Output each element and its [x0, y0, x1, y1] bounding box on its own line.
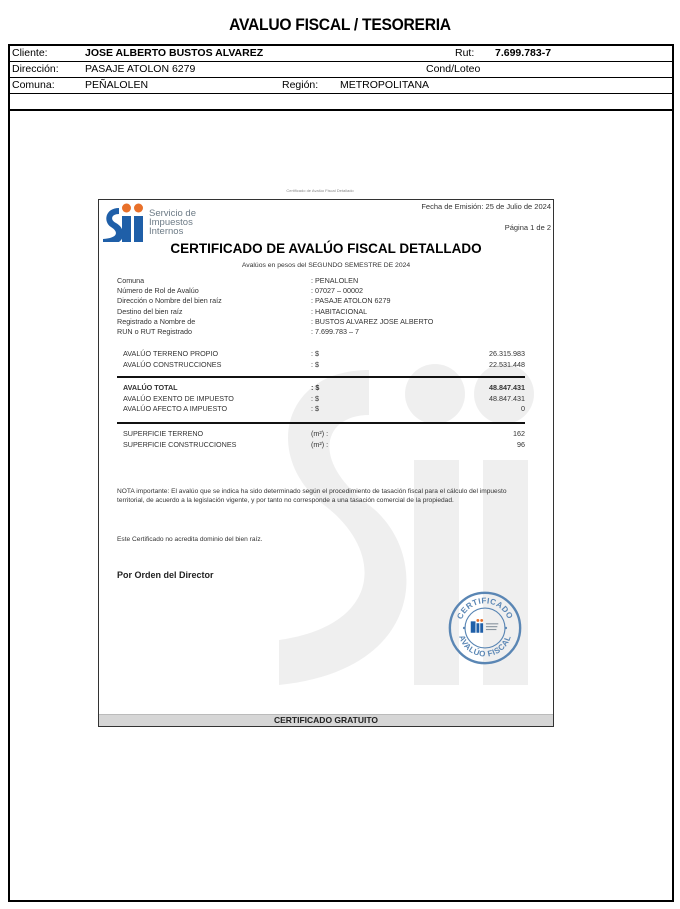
- amount-row: AVALÚO TERRENO PROPIO: $26.315.983: [123, 349, 525, 359]
- page-title: AVALUO FISCAL / TESORERIA: [27, 15, 653, 35]
- detail-label: Destino del bien raíz: [117, 307, 183, 317]
- divider: [117, 422, 525, 424]
- comuna-label: Comuna:: [12, 78, 55, 93]
- detail-label: Comuna: [117, 276, 144, 286]
- detail-value: : PENALOLEN: [311, 276, 358, 286]
- detail-value: : 07027 – 00002: [311, 286, 363, 296]
- direccion-label: Dirección:: [12, 62, 59, 77]
- total-row-val: 0: [521, 404, 525, 414]
- page-number: Página 1 de 2: [505, 223, 551, 232]
- info-row-cliente: Cliente: JOSE ALBERTO BUSTOS ALVAREZ Rut…: [10, 46, 672, 62]
- surface-row-val: 96: [517, 440, 525, 450]
- total-row-lbl: AVALÚO AFECTO A IMPUESTO: [123, 404, 227, 414]
- total-row-lbl: AVALÚO TOTAL: [123, 383, 178, 393]
- info-row-comuna: Comuna: PEÑALOLEN Región: METROPOLITANA: [10, 78, 672, 94]
- total-row-sym: : $: [311, 404, 319, 414]
- amount-row-sym: : $: [311, 349, 319, 359]
- total-row-val: 48.847.431: [489, 394, 525, 404]
- certificate-subtitle: Avalúos en pesos del SEGUNDO SEMESTRE DE…: [99, 262, 553, 269]
- detail-label: RUN o RUT Registrado: [117, 327, 192, 337]
- sii-logo-icon: [101, 202, 147, 242]
- certificado-seal-icon: CERTIFICADO AVALÚO FISCAL: [447, 590, 523, 666]
- amount-row-sym: : $: [311, 360, 319, 370]
- client-info-table: Cliente: JOSE ALBERTO BUSTOS ALVAREZ Rut…: [8, 44, 674, 111]
- total-row-sym: : $: [311, 394, 319, 404]
- rut-label: Rut:: [455, 46, 474, 61]
- detail-value: : PASAJE ATOLON 6279: [311, 296, 391, 306]
- svg-text:AVALÚO FISCAL: AVALÚO FISCAL: [457, 634, 513, 659]
- detail-label: Dirección o Nombre del bien raíz: [117, 296, 222, 306]
- cliente-label: Cliente:: [12, 46, 48, 61]
- total-row-lbl: AVALÚO EXENTO DE IMPUESTO: [123, 394, 234, 404]
- total-row-val: 48.847.431: [489, 383, 525, 393]
- region-label: Región:: [282, 78, 318, 93]
- amount-row-val: 22.531.448: [489, 360, 525, 370]
- total-row: AVALÚO AFECTO A IMPUESTO: $0: [123, 404, 525, 414]
- surface-row-lbl: SUPERFICIE TERRENO: [123, 429, 203, 439]
- total-row: AVALÚO TOTAL: $48.847.431: [123, 383, 525, 393]
- certificate-title: CERTIFICADO DE AVALÚO FISCAL DETALLADO: [99, 241, 553, 256]
- surface-row-sym: (m²) :: [311, 440, 328, 450]
- director-signature: Por Orden del Director: [117, 570, 214, 580]
- nota-importante: NOTA importante: El avalúo que se indica…: [117, 487, 532, 505]
- certificado-gratuito-banner: CERTIFICADO GRATUITO: [99, 714, 553, 726]
- rut-value: 7.699.783-7: [495, 46, 551, 61]
- amount-row-lbl: AVALÚO TERRENO PROPIO: [123, 349, 218, 359]
- sii-logo-text: Servicio de Impuestos Internos: [149, 209, 196, 236]
- certificate-tiny-header: Certificado de Avalúo Fiscal Detallado: [250, 188, 390, 193]
- surface-row: SUPERFICIE TERRENO(m²) :162: [123, 429, 525, 439]
- divider: [117, 376, 525, 378]
- detail-value: : HABITACIONAL: [311, 307, 367, 317]
- detail-value: : 7.699.783 – 7: [311, 327, 359, 337]
- total-row-sym: : $: [311, 383, 319, 393]
- amount-row: AVALÚO CONSTRUCCIONES: $22.531.448: [123, 360, 525, 370]
- certificate-image: Servicio de Impuestos Internos Fecha de …: [98, 199, 554, 727]
- logo-line-3: Internos: [149, 227, 196, 236]
- detail-value: : BUSTOS ALVAREZ JOSE ALBERTO: [311, 317, 433, 327]
- surface-row: SUPERFICIE CONSTRUCCIONES(m²) :96: [123, 440, 525, 450]
- detail-label: Número de Rol de Avalúo: [117, 286, 199, 296]
- direccion-value: PASAJE ATOLON 6279: [85, 62, 195, 77]
- region-value: METROPOLITANA: [340, 78, 429, 93]
- amount-row-val: 26.315.983: [489, 349, 525, 359]
- surface-row-sym: (m²) :: [311, 429, 328, 439]
- total-row: AVALÚO EXENTO DE IMPUESTO: $48.847.431: [123, 394, 525, 404]
- info-row-direccion: Dirección: PASAJE ATOLON 6279 Cond/Loteo: [10, 62, 672, 78]
- cliente-value: JOSE ALBERTO BUSTOS ALVAREZ: [85, 46, 263, 61]
- cond-loteo-label: Cond/Loteo: [426, 62, 480, 77]
- amount-row-lbl: AVALÚO CONSTRUCCIONES: [123, 360, 221, 370]
- surface-row-lbl: SUPERFICIE CONSTRUCCIONES: [123, 440, 236, 450]
- fecha-emision: Fecha de Emisión: 25 de Julio de 2024: [421, 202, 551, 211]
- detail-label: Registrado a Nombre de: [117, 317, 195, 327]
- dominio-disclaimer: Este Certificado no acredita dominio del…: [117, 536, 263, 543]
- surface-row-val: 162: [513, 429, 525, 439]
- comuna-value: PEÑALOLEN: [85, 78, 148, 93]
